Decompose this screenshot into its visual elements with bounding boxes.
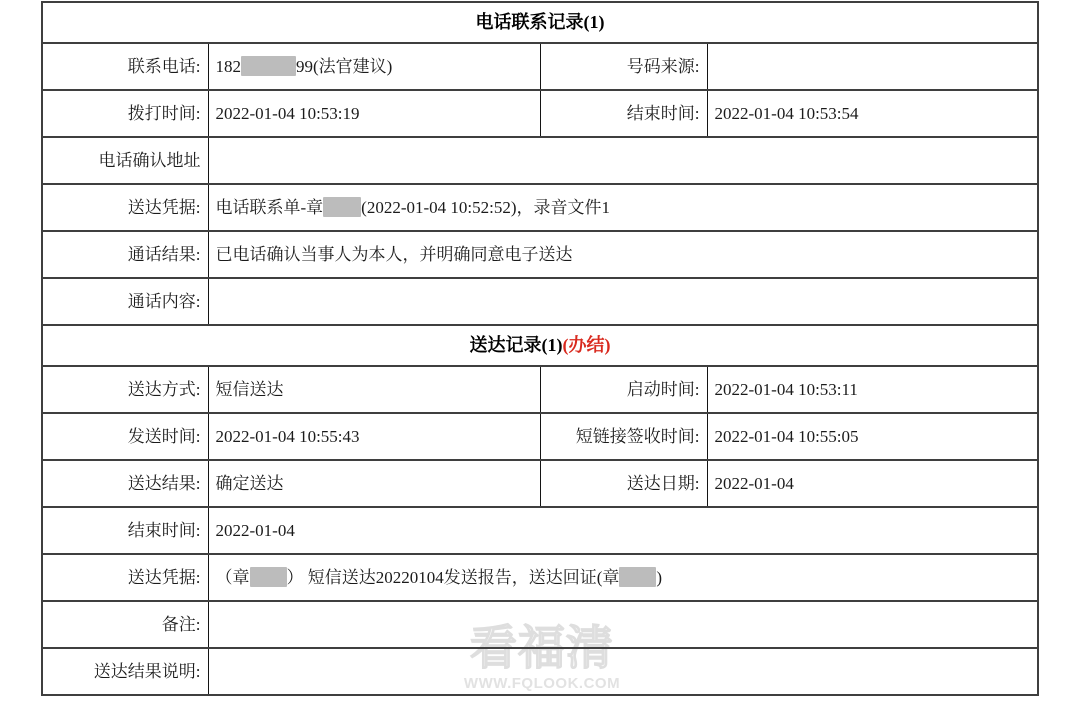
start-time-label: 启动时间: (540, 366, 707, 413)
delivery-proof-part3: ) (656, 568, 662, 587)
remark-value (208, 601, 1038, 648)
call-result-value: 已电话确认当事人为本人，并明确同意电子送达 (208, 231, 1038, 278)
section-delivery-title-cell: 送达记录(1)(办结) (42, 325, 1038, 366)
shortlink-sign-time-value: 2022-01-04 10:55:05 (707, 413, 1038, 460)
call-end-time-label: 结束时间: (540, 90, 707, 137)
delivery-proof-part1: （章 (216, 568, 250, 587)
call-result-label: 通话结果: (42, 231, 208, 278)
table-row-send-time: 发送时间: 2022-01-04 10:55:43 短链接签收时间: 2022-… (42, 413, 1038, 460)
table-row-phone-proof: 送达凭据: 电话联系单-章(2022-01-04 10:52:52)，录音文件1 (42, 184, 1038, 231)
table-row-delivery-result: 送达结果: 确定送达 送达日期: 2022-01-04 (42, 460, 1038, 507)
table-row-dial-time: 拨打时间: 2022-01-04 10:53:19 结束时间: 2022-01-… (42, 90, 1038, 137)
section-delivery-header-row: 送达记录(1)(办结) (42, 325, 1038, 366)
result-note-value (208, 648, 1038, 695)
table-row-result-note: 送达结果说明: (42, 648, 1038, 695)
redacted-name (619, 567, 656, 587)
section-delivery-title: 送达记录(1) (470, 335, 563, 355)
delivery-result-value: 确定送达 (208, 460, 540, 507)
done-status-tag: (办结) (563, 335, 611, 355)
send-time-value: 2022-01-04 10:55:43 (208, 413, 540, 460)
table-row-remark: 备注: (42, 601, 1038, 648)
record-table: 电话联系记录(1) 联系电话: 18299(法官建议) 号码来源: 拨打时间: … (41, 1, 1039, 696)
contact-phone-value: 18299(法官建议) (208, 43, 540, 90)
number-source-value (707, 43, 1038, 90)
redacted-name (250, 567, 287, 587)
phone-prefix: 182 (216, 57, 242, 76)
confirm-address-label: 电话确认地址 (42, 137, 208, 184)
delivery-proof-label: 送达凭据: (42, 554, 208, 601)
dial-time-label: 拨打时间: (42, 90, 208, 137)
table-row-confirm-address: 电话确认地址 (42, 137, 1038, 184)
call-content-value (208, 278, 1038, 325)
delivery-proof-part2: ） 短信送达20220104发送报告，送达回证(章 (287, 568, 620, 587)
phone-proof-suffix: (2022-01-04 10:52:52)，录音文件1 (361, 198, 610, 217)
call-end-time-value: 2022-01-04 10:53:54 (707, 90, 1038, 137)
shortlink-sign-time-label: 短链接签收时间: (540, 413, 707, 460)
delivery-result-label: 送达结果: (42, 460, 208, 507)
send-time-label: 发送时间: (42, 413, 208, 460)
phone-proof-prefix: 电话联系单-章 (216, 198, 324, 217)
result-note-label: 送达结果说明: (42, 648, 208, 695)
table-row-delivery-proof: 送达凭据: （章） 短信送达20220104发送报告，送达回证(章) (42, 554, 1038, 601)
start-time-value: 2022-01-04 10:53:11 (707, 366, 1038, 413)
delivery-end-time-label: 结束时间: (42, 507, 208, 554)
number-source-label: 号码来源: (540, 43, 707, 90)
table-row-delivery-end-time: 结束时间: 2022-01-04 (42, 507, 1038, 554)
delivery-date-value: 2022-01-04 (707, 460, 1038, 507)
delivery-date-label: 送达日期: (540, 460, 707, 507)
table-row-call-result: 通话结果: 已电话确认当事人为本人，并明确同意电子送达 (42, 231, 1038, 278)
table-row-delivery-method: 送达方式: 短信送达 启动时间: 2022-01-04 10:53:11 (42, 366, 1038, 413)
delivery-method-label: 送达方式: (42, 366, 208, 413)
redacted-name (323, 197, 361, 217)
phone-suffix: 99(法官建议) (296, 57, 392, 76)
redacted-phone-digits (241, 56, 296, 76)
delivery-method-value: 短信送达 (208, 366, 540, 413)
delivery-end-time-value: 2022-01-04 (208, 507, 1038, 554)
phone-proof-label: 送达凭据: (42, 184, 208, 231)
section-phone-title: 电话联系记录(1) (42, 2, 1038, 43)
section-phone-header-row: 电话联系记录(1) (42, 2, 1038, 43)
remark-label: 备注: (42, 601, 208, 648)
table-row-contact-phone: 联系电话: 18299(法官建议) 号码来源: (42, 43, 1038, 90)
dial-time-value: 2022-01-04 10:53:19 (208, 90, 540, 137)
phone-proof-value: 电话联系单-章(2022-01-04 10:52:52)，录音文件1 (208, 184, 1038, 231)
call-content-label: 通话内容: (42, 278, 208, 325)
delivery-proof-value: （章） 短信送达20220104发送报告，送达回证(章) (208, 554, 1038, 601)
confirm-address-value (208, 137, 1038, 184)
table-row-call-content: 通话内容: (42, 278, 1038, 325)
contact-phone-label: 联系电话: (42, 43, 208, 90)
